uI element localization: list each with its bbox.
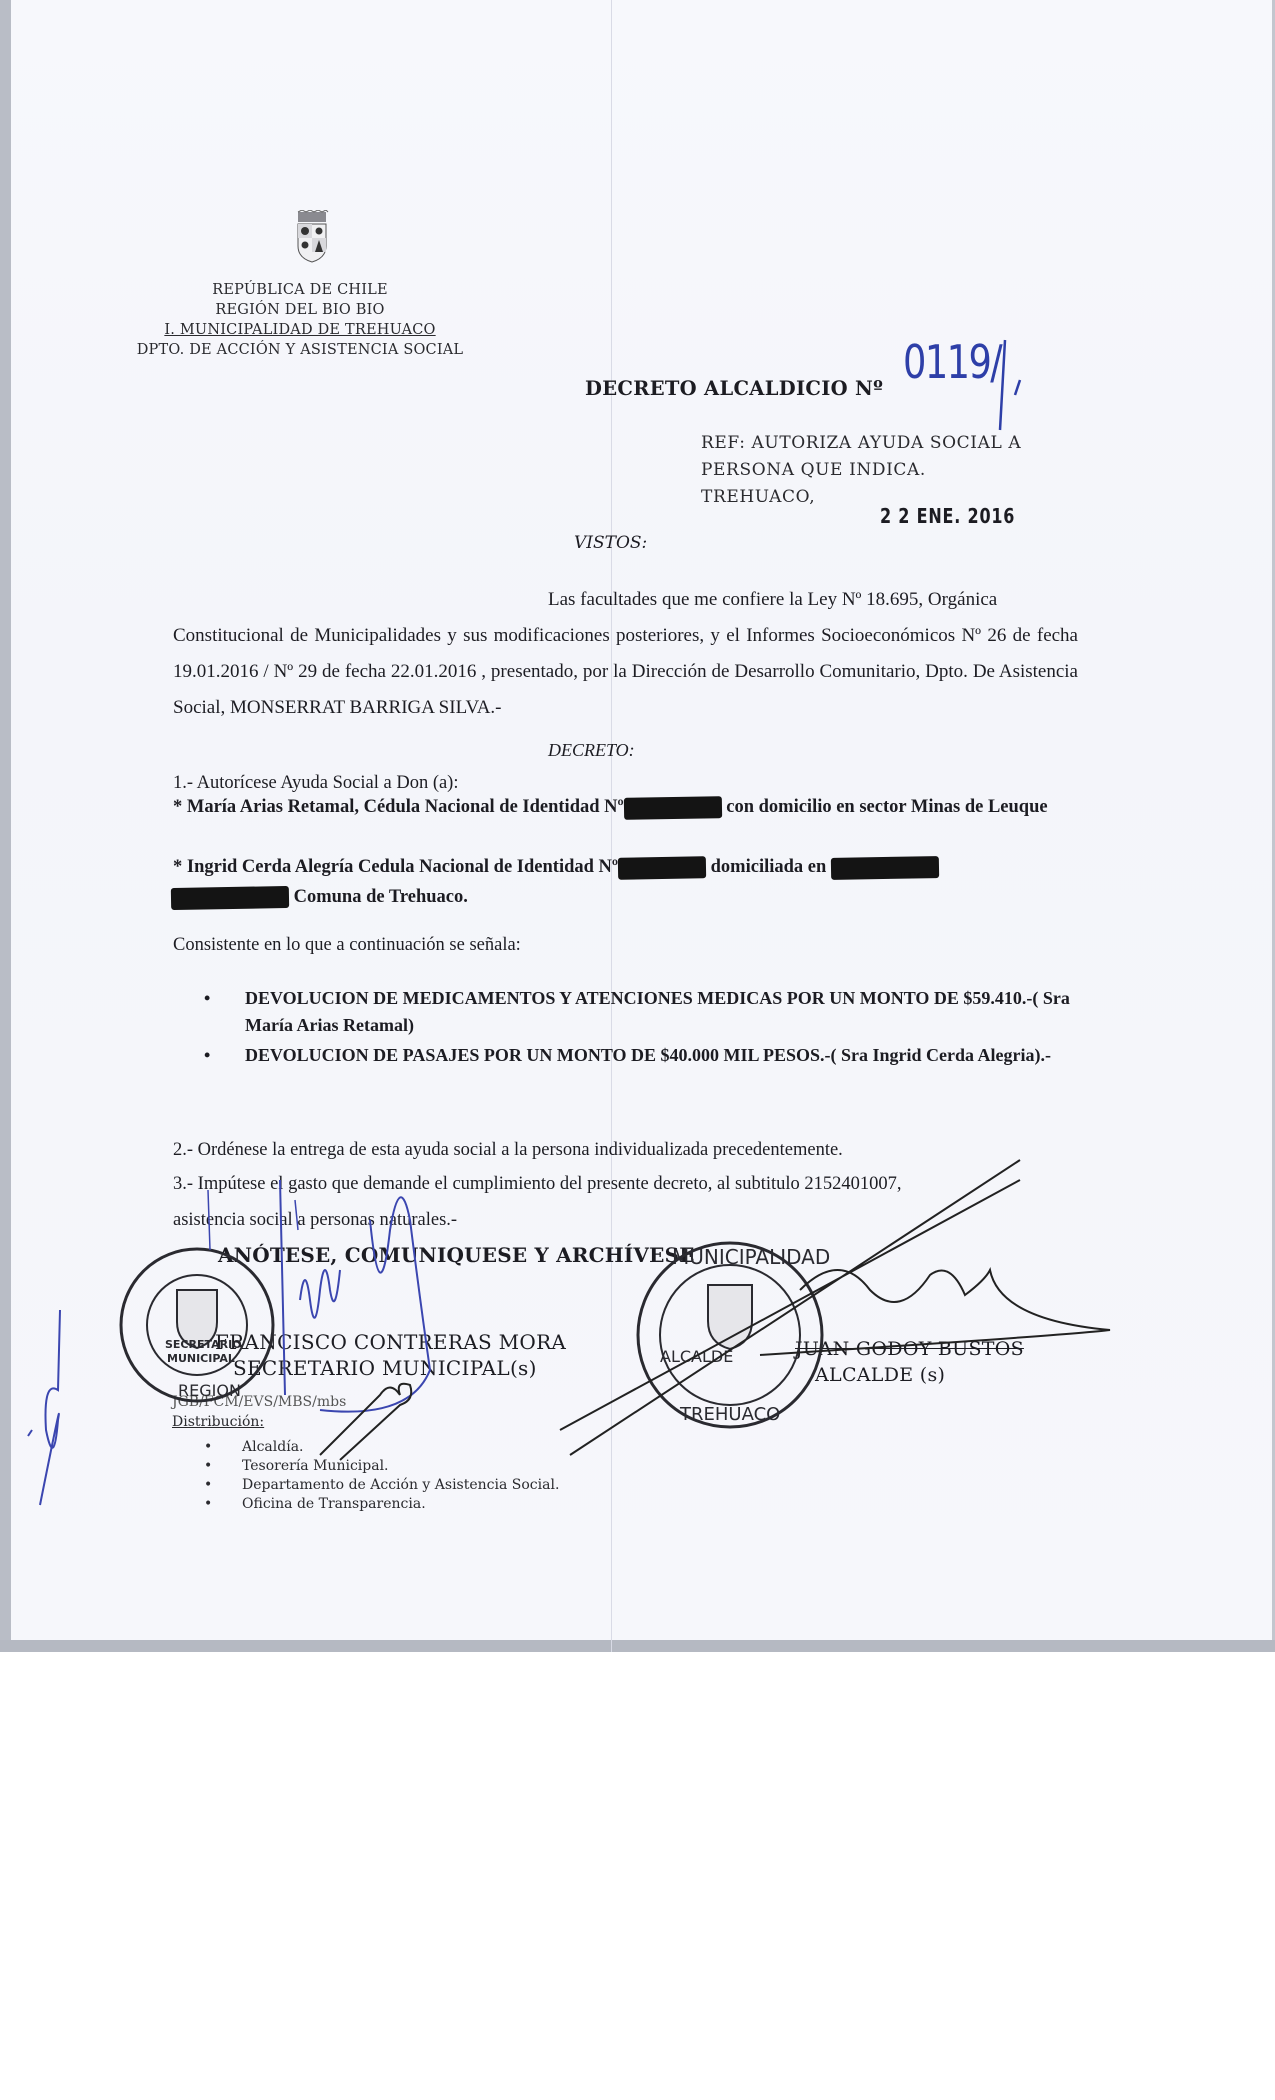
reference-block: REF: AUTORIZA AYUDA SOCIAL A PERSONA QUE… xyxy=(701,430,1021,511)
decreto-heading: DECRETO: xyxy=(548,732,635,768)
beneficiary-1-name: * María Arias Retamal, Cédula Nacional d… xyxy=(173,797,624,817)
scan-left-edge xyxy=(0,0,11,1652)
beneficiary-2-name: * Ingrid Cerda Alegría Cedula Nacional d… xyxy=(173,857,618,877)
beneficiary-2-mid: domiciliada en xyxy=(711,857,827,877)
mayor-title: ALCALDE (s) xyxy=(795,1362,1024,1388)
page-crease-line xyxy=(611,0,612,1652)
vistos-paragraph: Las facultades que me confiere la Ley Nº… xyxy=(173,582,1078,726)
beneficiary-1-address: con domicilio en sector Minas de Leuque xyxy=(726,797,1047,817)
closing-formula: ANÓTESE, COMUNIQUESE Y ARCHÍVESE xyxy=(218,1243,695,1267)
mayor-name: JUAN GODOY BUSTOS xyxy=(795,1336,1024,1362)
article-3: 3.- Impútese el gasto que demande el cum… xyxy=(173,1166,902,1202)
header-region: REGIÓN DEL BIO BIO xyxy=(150,301,450,320)
consistente-line: Consistente en lo que a continuación se … xyxy=(173,927,521,963)
secretary-title: SECRETARIO MUNICIPAL(s) xyxy=(215,1355,566,1381)
vistos-heading: VISTOS: xyxy=(574,533,647,553)
header-republic: REPÚBLICA DE CHILE xyxy=(150,281,450,300)
header-municipality: I. MUNICIPALIDAD DE TREHUACO xyxy=(150,321,450,340)
distribution-item: Departamento de Acción y Asistencia Soci… xyxy=(200,1476,559,1495)
beneficiary-2: * Ingrid Cerda Alegría Cedula Nacional d… xyxy=(173,852,1078,912)
distribution-item: Oficina de Transparencia. xyxy=(200,1495,559,1514)
date-stamp: 2 2 ENE. 2016 xyxy=(880,504,1015,528)
secretary-name: FRANCISCO CONTRERAS MORA xyxy=(215,1329,566,1355)
vistos-text: Constitucional de Municipalidades y sus … xyxy=(173,618,1078,726)
aid-item: DEVOLUCION DE PASAJES POR UN MONTO DE $4… xyxy=(200,1042,1080,1069)
redacted-address xyxy=(831,856,939,880)
redacted-rut xyxy=(618,856,706,880)
initials-line: JGB/FCM/EVS/MBS/mbs xyxy=(172,1394,346,1410)
scan-bottom-edge xyxy=(0,1640,1275,1652)
handwritten-decree-number: 0119/ xyxy=(903,335,1001,389)
article-2: 2.- Ordénese la entrega de esta ayuda so… xyxy=(173,1132,843,1168)
decree-title: DECRETO ALCALDICIO Nº xyxy=(585,377,883,400)
distribution-item: Alcaldía. xyxy=(200,1438,559,1457)
distribution-item: Tesorería Municipal. xyxy=(200,1457,559,1476)
header-department: DPTO. DE ACCIÓN Y ASISTENCIA SOCIAL xyxy=(120,341,480,360)
mayor-signature-block: JUAN GODOY BUSTOS ALCALDE (s) xyxy=(795,1336,1024,1388)
distribution-title: Distribución: xyxy=(172,1414,264,1430)
vistos-first-line: Las facultades que me confiere la Ley Nº… xyxy=(173,582,1078,618)
secretary-signature-block: FRANCISCO CONTRERAS MORA SECRETARIO MUNI… xyxy=(215,1329,566,1381)
article-3-cont: asistencia social a personas naturales.- xyxy=(173,1202,457,1238)
aid-item: DEVOLUCION DE MEDICAMENTOS Y ATENCIONES … xyxy=(200,985,1080,1039)
ref-line-2: PERSONA QUE INDICA. xyxy=(701,457,1021,484)
distribution-list: Alcaldía. Tesorería Municipal. Departame… xyxy=(200,1438,559,1514)
redacted-address-cont xyxy=(171,886,289,910)
redacted-rut xyxy=(623,796,721,820)
ref-line-1: REF: AUTORIZA AYUDA SOCIAL A xyxy=(701,430,1021,457)
beneficiary-2-commune: Comuna de Trehuaco. xyxy=(294,887,468,907)
coat-of-arms-icon xyxy=(292,210,332,264)
beneficiary-1: * María Arias Retamal, Cédula Nacional d… xyxy=(173,792,1078,822)
aid-list: DEVOLUCION DE MEDICAMENTOS Y ATENCIONES … xyxy=(200,985,1080,1072)
